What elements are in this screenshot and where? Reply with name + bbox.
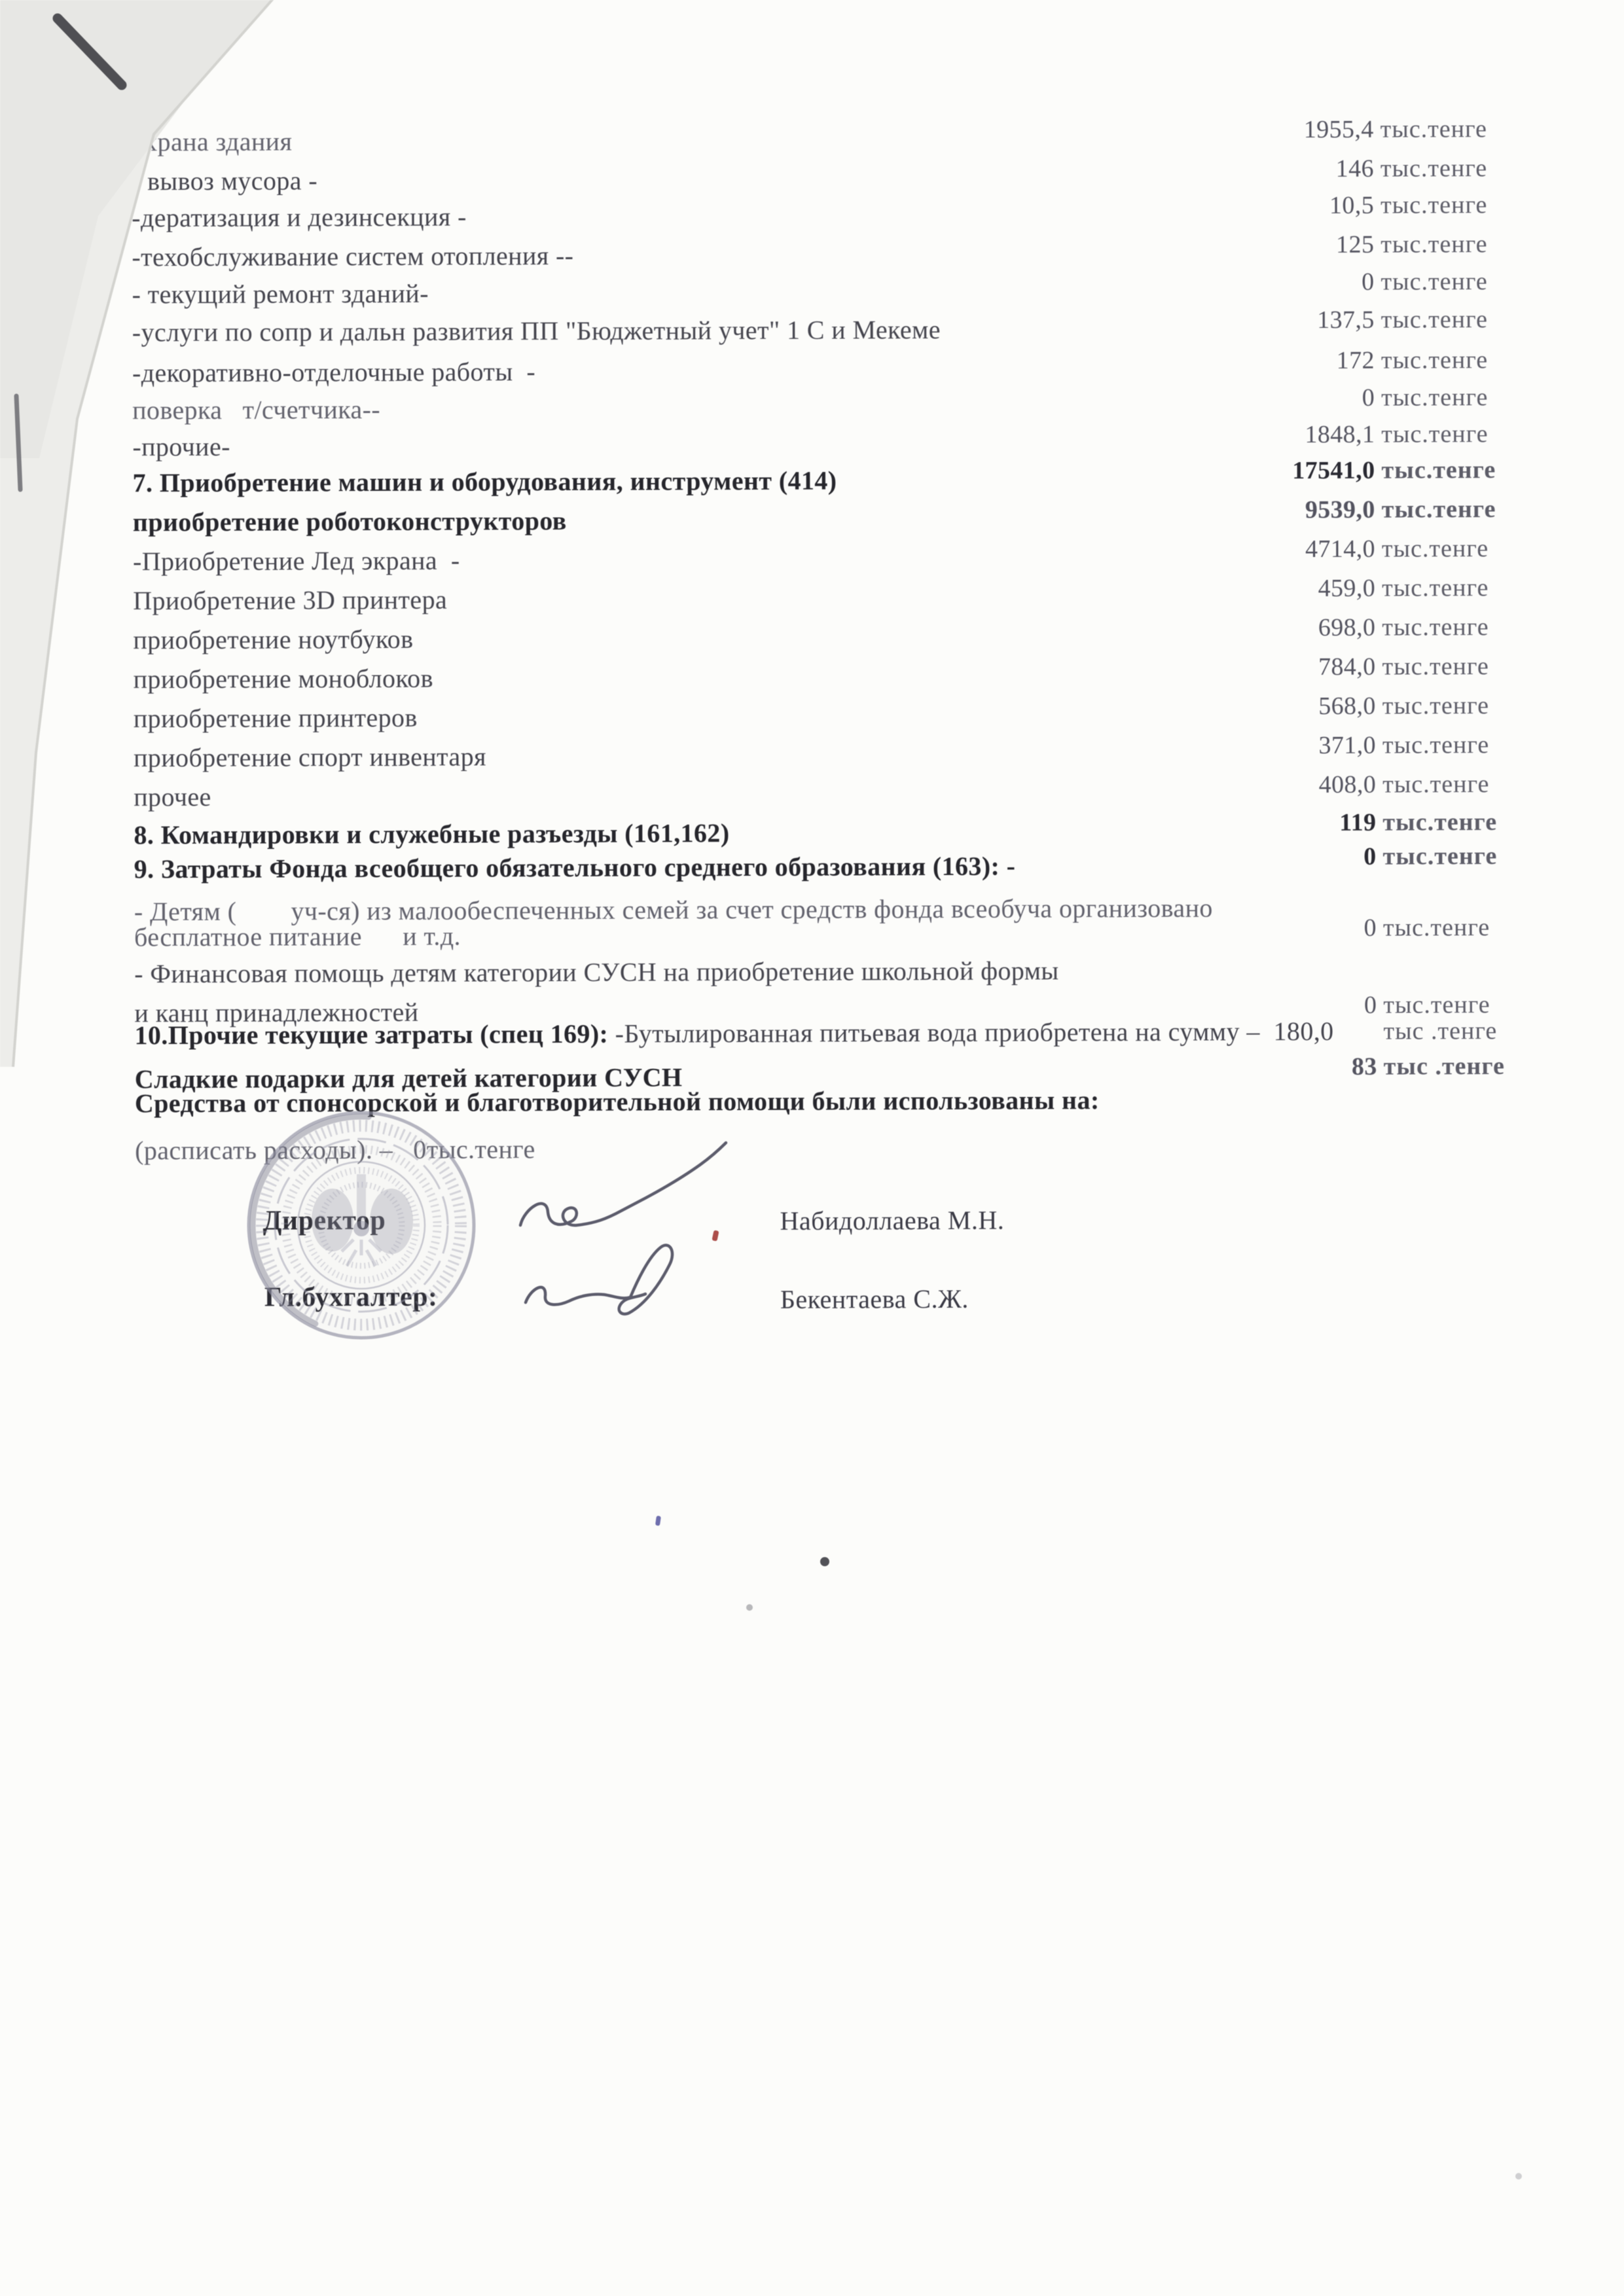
amount-unit: тыс.тенге <box>1380 111 1624 147</box>
line-text: Средства от спонсорской и благотворитель… <box>135 1083 1100 1121</box>
amount-value: 0 <box>1113 264 1374 300</box>
amount-unit: тыс.тенге <box>1381 379 1624 416</box>
amount-unit: тыс.тенге <box>1382 648 1624 685</box>
amount-unit: тыс.тенге <box>1382 726 1624 763</box>
document-line: бесплатное питание и т.д.0тыс.тенге <box>134 914 1624 955</box>
line-text: приобретение ноутбуков <box>133 622 413 658</box>
amount-value: 10,5 <box>1113 188 1374 224</box>
line-text: приобретение спорт инвентаря <box>134 739 486 776</box>
amount-unit: тыс.тенге <box>1382 838 1624 874</box>
line-text: Приобретение 3D принтера <box>133 583 447 619</box>
accountant-label: Гл.бухгалтер: <box>264 1282 438 1314</box>
amount-unit: тыс.тенге <box>1382 609 1624 645</box>
amount-unit: тыс.тенге <box>1380 226 1624 262</box>
amount-value: 146 <box>1113 151 1374 187</box>
amount-value: 568,0 <box>1115 689 1376 725</box>
line-text: 7. Приобретение машин и оборудования, ин… <box>132 463 837 501</box>
line-text: приобретение принтеров <box>134 700 418 737</box>
line-text: бесплатное питание и т.д. <box>134 919 461 956</box>
line-text: -Приобретение Лед экрана - <box>133 543 460 580</box>
line-text: 9. Затраты Фонда всеобщего обязательного… <box>134 849 1016 888</box>
amount-value: 698,0 <box>1115 610 1375 646</box>
document-line: - Финансовая помощь детям категории СУСН… <box>134 951 1624 992</box>
line-text: поверка т/счетчика-- <box>132 392 380 428</box>
amount-value: 0 <box>1115 839 1376 875</box>
amount-unit: тыс.тенге <box>1382 530 1624 567</box>
line-text: (расписать расходы). – 0тыс.тенге <box>135 1132 535 1168</box>
director-name: Набидоллаева М.Н. <box>780 1205 1004 1236</box>
amount-value: 172 <box>1114 343 1375 379</box>
amount-unit: тыс.тенге <box>1382 569 1624 606</box>
line-text: прочее <box>134 780 211 815</box>
amount-value: 137,5 <box>1114 302 1375 338</box>
amount-value: 119 <box>1115 805 1376 841</box>
amount-unit: тыс.тенге <box>1380 150 1624 187</box>
line-text: приобретение роботоконструкторов <box>133 503 567 540</box>
director-label: Директор <box>262 1205 386 1237</box>
amount-value: 1848,1 <box>1114 417 1375 453</box>
line-text: - Финансовая помощь детям категории СУСН… <box>134 953 1059 992</box>
amount-value: 0 <box>1114 380 1375 416</box>
document-content: охрана здания1955,4тыс.тенге- вывоз мусо… <box>0 0 1624 2296</box>
amount-value: 125 <box>1113 227 1374 263</box>
line-text: -услуги по сопр и дальн развития ПП "Бюд… <box>132 312 941 350</box>
amount-value: 0 <box>1116 910 1377 946</box>
amount-value: 784,0 <box>1115 649 1375 685</box>
amount-unit: тыс .тенге <box>1384 1048 1624 1085</box>
line-text: -техобслуживание систем отопления -- <box>132 238 573 275</box>
line-text-rest: -Бутылированная питьевая вода приобретен… <box>608 1016 1333 1049</box>
document-line: (расписать расходы). – 0тыс.тенге <box>135 1128 1624 1168</box>
amount-unit: тыс.тенге <box>1381 452 1624 488</box>
document-line: Средства от спонсорской и благотворитель… <box>135 1081 1624 1121</box>
line-text: - текущий ремонт зданий- <box>132 276 428 313</box>
amount-unit: тыс.тенге <box>1381 416 1624 452</box>
amount-unit: тыс.тенге <box>1380 187 1624 223</box>
amount-value: 1955,4 <box>1113 112 1374 148</box>
amount-unit: тыс.тенге <box>1382 491 1624 528</box>
line-text: - вывоз мусора - <box>132 163 317 199</box>
amount-value: 371,0 <box>1115 728 1376 764</box>
amount-value: 459,0 <box>1115 571 1375 607</box>
line-text: 10.Прочие текущие затраты (спец 169): -Б… <box>134 1014 1333 1053</box>
line-text: приобретение моноблоков <box>134 661 433 698</box>
amount-unit: тыс.тенге <box>1382 766 1624 802</box>
scanned-document-page: охрана здания1955,4тыс.тенге- вывоз мусо… <box>0 0 1624 2296</box>
amount-unit: тыс.тенге <box>1382 804 1624 840</box>
line-text: -прочие- <box>132 429 230 465</box>
amount-unit: тыс.тенге <box>1383 909 1624 946</box>
amount-value: 4714,0 <box>1115 531 1375 567</box>
document-line: 10.Прочие текущие затраты (спец 169): -Б… <box>134 1013 1624 1053</box>
amount-value: 408,0 <box>1115 767 1376 803</box>
amount-unit: тыс.тенге <box>1380 263 1624 300</box>
amount-value: 83 <box>1117 1049 1377 1085</box>
line-text: -дератизация и дезинсекция - <box>132 200 467 236</box>
line-text: -декоративно-отделочные работы - <box>132 354 535 391</box>
document-line: 9. Затраты Фонда всеобщего обязательного… <box>134 846 1624 887</box>
amount-unit: тыс.тенге <box>1381 301 1624 338</box>
line-text-bold-prefix: 10.Прочие текущие затраты (спец 169): <box>134 1019 608 1050</box>
accountant-name: Бекентаева С.Ж. <box>780 1283 969 1315</box>
line-text: 8. Командировки и служебные разъезды (16… <box>134 816 729 853</box>
amount-value: 9539,0 <box>1115 492 1375 528</box>
amount-unit: тыс .тенге <box>1383 1013 1624 1049</box>
line-text: охрана здания <box>132 124 293 160</box>
amount-value: 17541,0 <box>1114 453 1375 489</box>
amount-unit: тыс.тенге <box>1381 342 1624 378</box>
amount-unit: тыс.тенге <box>1382 687 1624 724</box>
